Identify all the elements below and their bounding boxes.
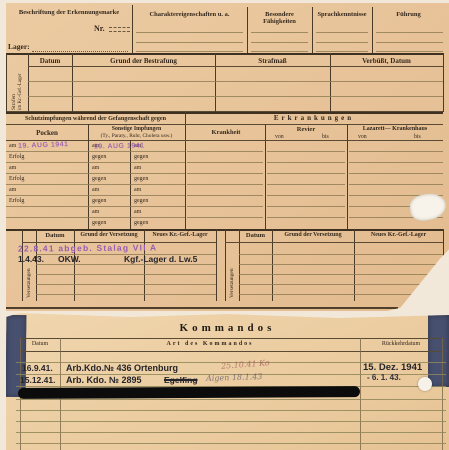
strafen-side-label: Strafen im Kr.-Gef.-Lager [8, 55, 28, 110]
sonstige-impfungen-subheader: (Ty., Paraty., Ruhr, Cholera usw.) [88, 133, 185, 139]
pow-record-card: Beschriftung der Erkennungsmarke Nr. Cha… [6, 3, 449, 311]
transfer-stamp-date: 1.4.43. [18, 254, 44, 264]
row-line [6, 173, 185, 174]
impf-cell: gegen [92, 154, 106, 161]
row-line [187, 151, 263, 152]
row-line [36, 264, 216, 265]
kommandos-header-rueckkehrdatum: Rückkehrdatum [360, 341, 442, 348]
row-line [267, 195, 345, 196]
divider [272, 229, 273, 301]
impf-cell: Erfolg [9, 176, 24, 183]
versetzung-header-datum: Datum [239, 232, 272, 239]
rule-line [136, 51, 243, 52]
rule-line [376, 42, 443, 43]
rule-line [376, 32, 443, 33]
divider [132, 5, 133, 53]
rule-line [316, 51, 368, 52]
divider [185, 112, 186, 229]
divider [312, 7, 313, 53]
rule-line [376, 51, 443, 52]
header-underline [6, 140, 443, 141]
divider [354, 229, 355, 301]
versetzungen-side-label-text: Versetzungen [229, 243, 236, 298]
nr-blank-line [109, 27, 130, 32]
impf-cell: gegen [92, 198, 106, 205]
header-underline [20, 351, 442, 352]
hole-punch [418, 377, 432, 391]
handwritten-note: 25.10.41 Ko [221, 358, 270, 370]
col-header-fuehrung: Führung [374, 11, 443, 18]
impf-cell: am [92, 165, 99, 172]
col-header-erkennungsmarke: Beschriftung der Erkennungsmarke [8, 9, 130, 16]
impf-cell: gegen [134, 198, 148, 205]
divider [443, 229, 444, 301]
handwritten-note: Aigen 18.1.43 [206, 372, 263, 383]
row-line [16, 410, 446, 411]
row-line [187, 217, 263, 218]
sonstige-impfungen-header: Sonstige Impfungen [88, 126, 185, 133]
kommando-row-rueckkehr: 15. Dez. 1941 [363, 362, 422, 373]
row-line [6, 184, 185, 185]
row-line [239, 264, 443, 265]
impf-cell: am [134, 209, 141, 216]
scanned-documents: Beschriftung der Erkennungsmarke Nr. Cha… [0, 0, 449, 450]
row-line [36, 274, 216, 275]
divider [360, 338, 361, 450]
rule-line [251, 42, 308, 43]
divider [239, 229, 240, 301]
impf-cell: am [9, 165, 16, 172]
lager-blank-line [32, 44, 128, 52]
divider [347, 124, 348, 229]
rule-line [136, 32, 243, 33]
divider [442, 338, 443, 450]
rule-line [251, 32, 308, 33]
transfer-stamp-purple: 22.8.41 abgeb. Stalag VII A [18, 242, 157, 253]
kommando-row-datum: 16.9.41. [22, 363, 53, 373]
rule-line [316, 32, 368, 33]
lager-label: Lager: [8, 43, 30, 52]
row-line [267, 217, 345, 218]
row-line [187, 184, 263, 185]
rule-line [136, 42, 243, 43]
row-line [349, 162, 443, 163]
erkrankungen-section-title: Erkrankungen [185, 114, 443, 122]
row-line [36, 284, 216, 285]
table-border [20, 338, 442, 339]
row-line [16, 432, 446, 433]
pocken-header: Pocken [6, 129, 88, 137]
divider [265, 124, 266, 229]
kommandos-header-datum: Datum [20, 341, 60, 348]
row-line [6, 151, 185, 152]
impf-cell: gegen [134, 154, 148, 161]
rule-line [316, 42, 368, 43]
row-line [187, 195, 263, 196]
date-stamp: 19. AUG 1941 [94, 143, 145, 151]
nr-label: Nr. [94, 24, 105, 33]
row-line [267, 184, 345, 185]
versetzung-header-lager: Neues Kr.-Gef.-Lager [144, 232, 216, 239]
row-line [6, 195, 185, 196]
header-underline [225, 242, 443, 243]
transfer-stamp-okw: OKW. [58, 254, 81, 264]
strafen-side-label-line2: im Kr.-Gef.-Lager [18, 55, 25, 110]
rule-line [251, 51, 308, 52]
row-line [239, 274, 443, 275]
redaction-bar [18, 386, 360, 399]
row-line [187, 162, 263, 163]
divider [144, 229, 145, 301]
kommandos-title: Kommandos [6, 322, 449, 335]
row-line [6, 162, 185, 163]
row-line [36, 294, 216, 295]
kommandos-header-art: Art des Kommandos [60, 341, 360, 348]
kommando-row-datum: 15.12.41. [20, 375, 55, 385]
divider [216, 229, 217, 301]
impf-cell: am [9, 143, 16, 150]
strafen-header-grund: Grund der Bestrafung [72, 57, 215, 65]
divider [74, 229, 75, 301]
versetzung-header-lager: Neues Kr.-Gef.-Lager [354, 232, 443, 239]
row-line [239, 254, 443, 255]
header-underline [28, 66, 443, 67]
impf-cell: Erfolg [9, 198, 24, 205]
impf-cell: am [92, 209, 99, 216]
row-line [28, 81, 443, 82]
strafen-header-datum: Datum [28, 57, 72, 65]
row-line [349, 184, 443, 185]
revier-header: Revier [265, 126, 347, 133]
impf-cell: am [92, 187, 99, 194]
header-underline [6, 124, 443, 125]
struck-location: Egelfing [164, 375, 198, 385]
col-header-sprachkenntnisse: Sprachkenntnisse [314, 11, 370, 18]
row-line [28, 96, 443, 97]
row-line [349, 173, 443, 174]
versetzung-header-grund: Grund der Versetzung [74, 232, 144, 239]
impf-section-title: Schutzimpfungen während der Gefangenscha… [6, 115, 185, 122]
row-line [16, 421, 446, 422]
krankheit-header: Krankheit [187, 129, 265, 136]
row-line [267, 173, 345, 174]
impf-cell: am [134, 165, 141, 172]
transfer-stamp-lager: Kgf.-Lager d. Lw.5 [124, 254, 197, 264]
impf-cell: am [9, 187, 16, 194]
col-header-besondere-faehigkeiten: Besondere Fähigkeiten [249, 11, 310, 26]
date-stamp: 19. AUG 1941 [18, 141, 69, 150]
versetzung-header-grund: Grund der Versetzung [272, 232, 354, 239]
lazarett-header: Lazarett— Krankenhaus [347, 126, 443, 133]
row-line [239, 294, 443, 295]
divider [88, 124, 89, 229]
row-line [267, 162, 345, 163]
row-line [16, 443, 446, 444]
divider [6, 53, 7, 112]
kommando-row-art: Arb.Kdo.№ 436 Ortenburg [66, 363, 178, 373]
row-line [267, 151, 345, 152]
row-line [187, 173, 263, 174]
col-header-charaktereigenschaften: Charaktereigenschaften u. a. [134, 11, 245, 18]
impf-cell: gegen [134, 220, 148, 227]
row-line [239, 284, 443, 285]
card-edge [6, 307, 398, 309]
row-line [6, 206, 185, 207]
impf-cell: Erfolg [9, 154, 24, 161]
kommando-row-art: Arb. Kdo. № 2895 [66, 375, 142, 385]
strafen-header-verbuesst: Verbüßt, Datum [330, 57, 443, 65]
versetzung-header-datum: Datum [36, 232, 74, 239]
row-line [6, 217, 185, 218]
row-line [16, 399, 446, 400]
divider [443, 53, 444, 112]
kommandos-card: Kommandos Datum Art des Kommandos Rückke… [6, 313, 449, 450]
impf-cell: gegen [92, 220, 106, 227]
strafen-header-strafmass: Strafmaß [215, 57, 330, 65]
impf-cell: am [134, 187, 141, 194]
impf-cell: gegen [134, 176, 148, 183]
divider [247, 7, 248, 53]
impf-cell: gegen [92, 176, 106, 183]
divider [372, 7, 373, 53]
row-line [267, 206, 345, 207]
row-line [349, 151, 443, 152]
divider [36, 229, 37, 301]
kommando-row-rueckkehr: - 6. 1. 43. [367, 373, 401, 382]
versetzungen-side-label: Versetzungen [226, 243, 239, 298]
row-line [187, 206, 263, 207]
